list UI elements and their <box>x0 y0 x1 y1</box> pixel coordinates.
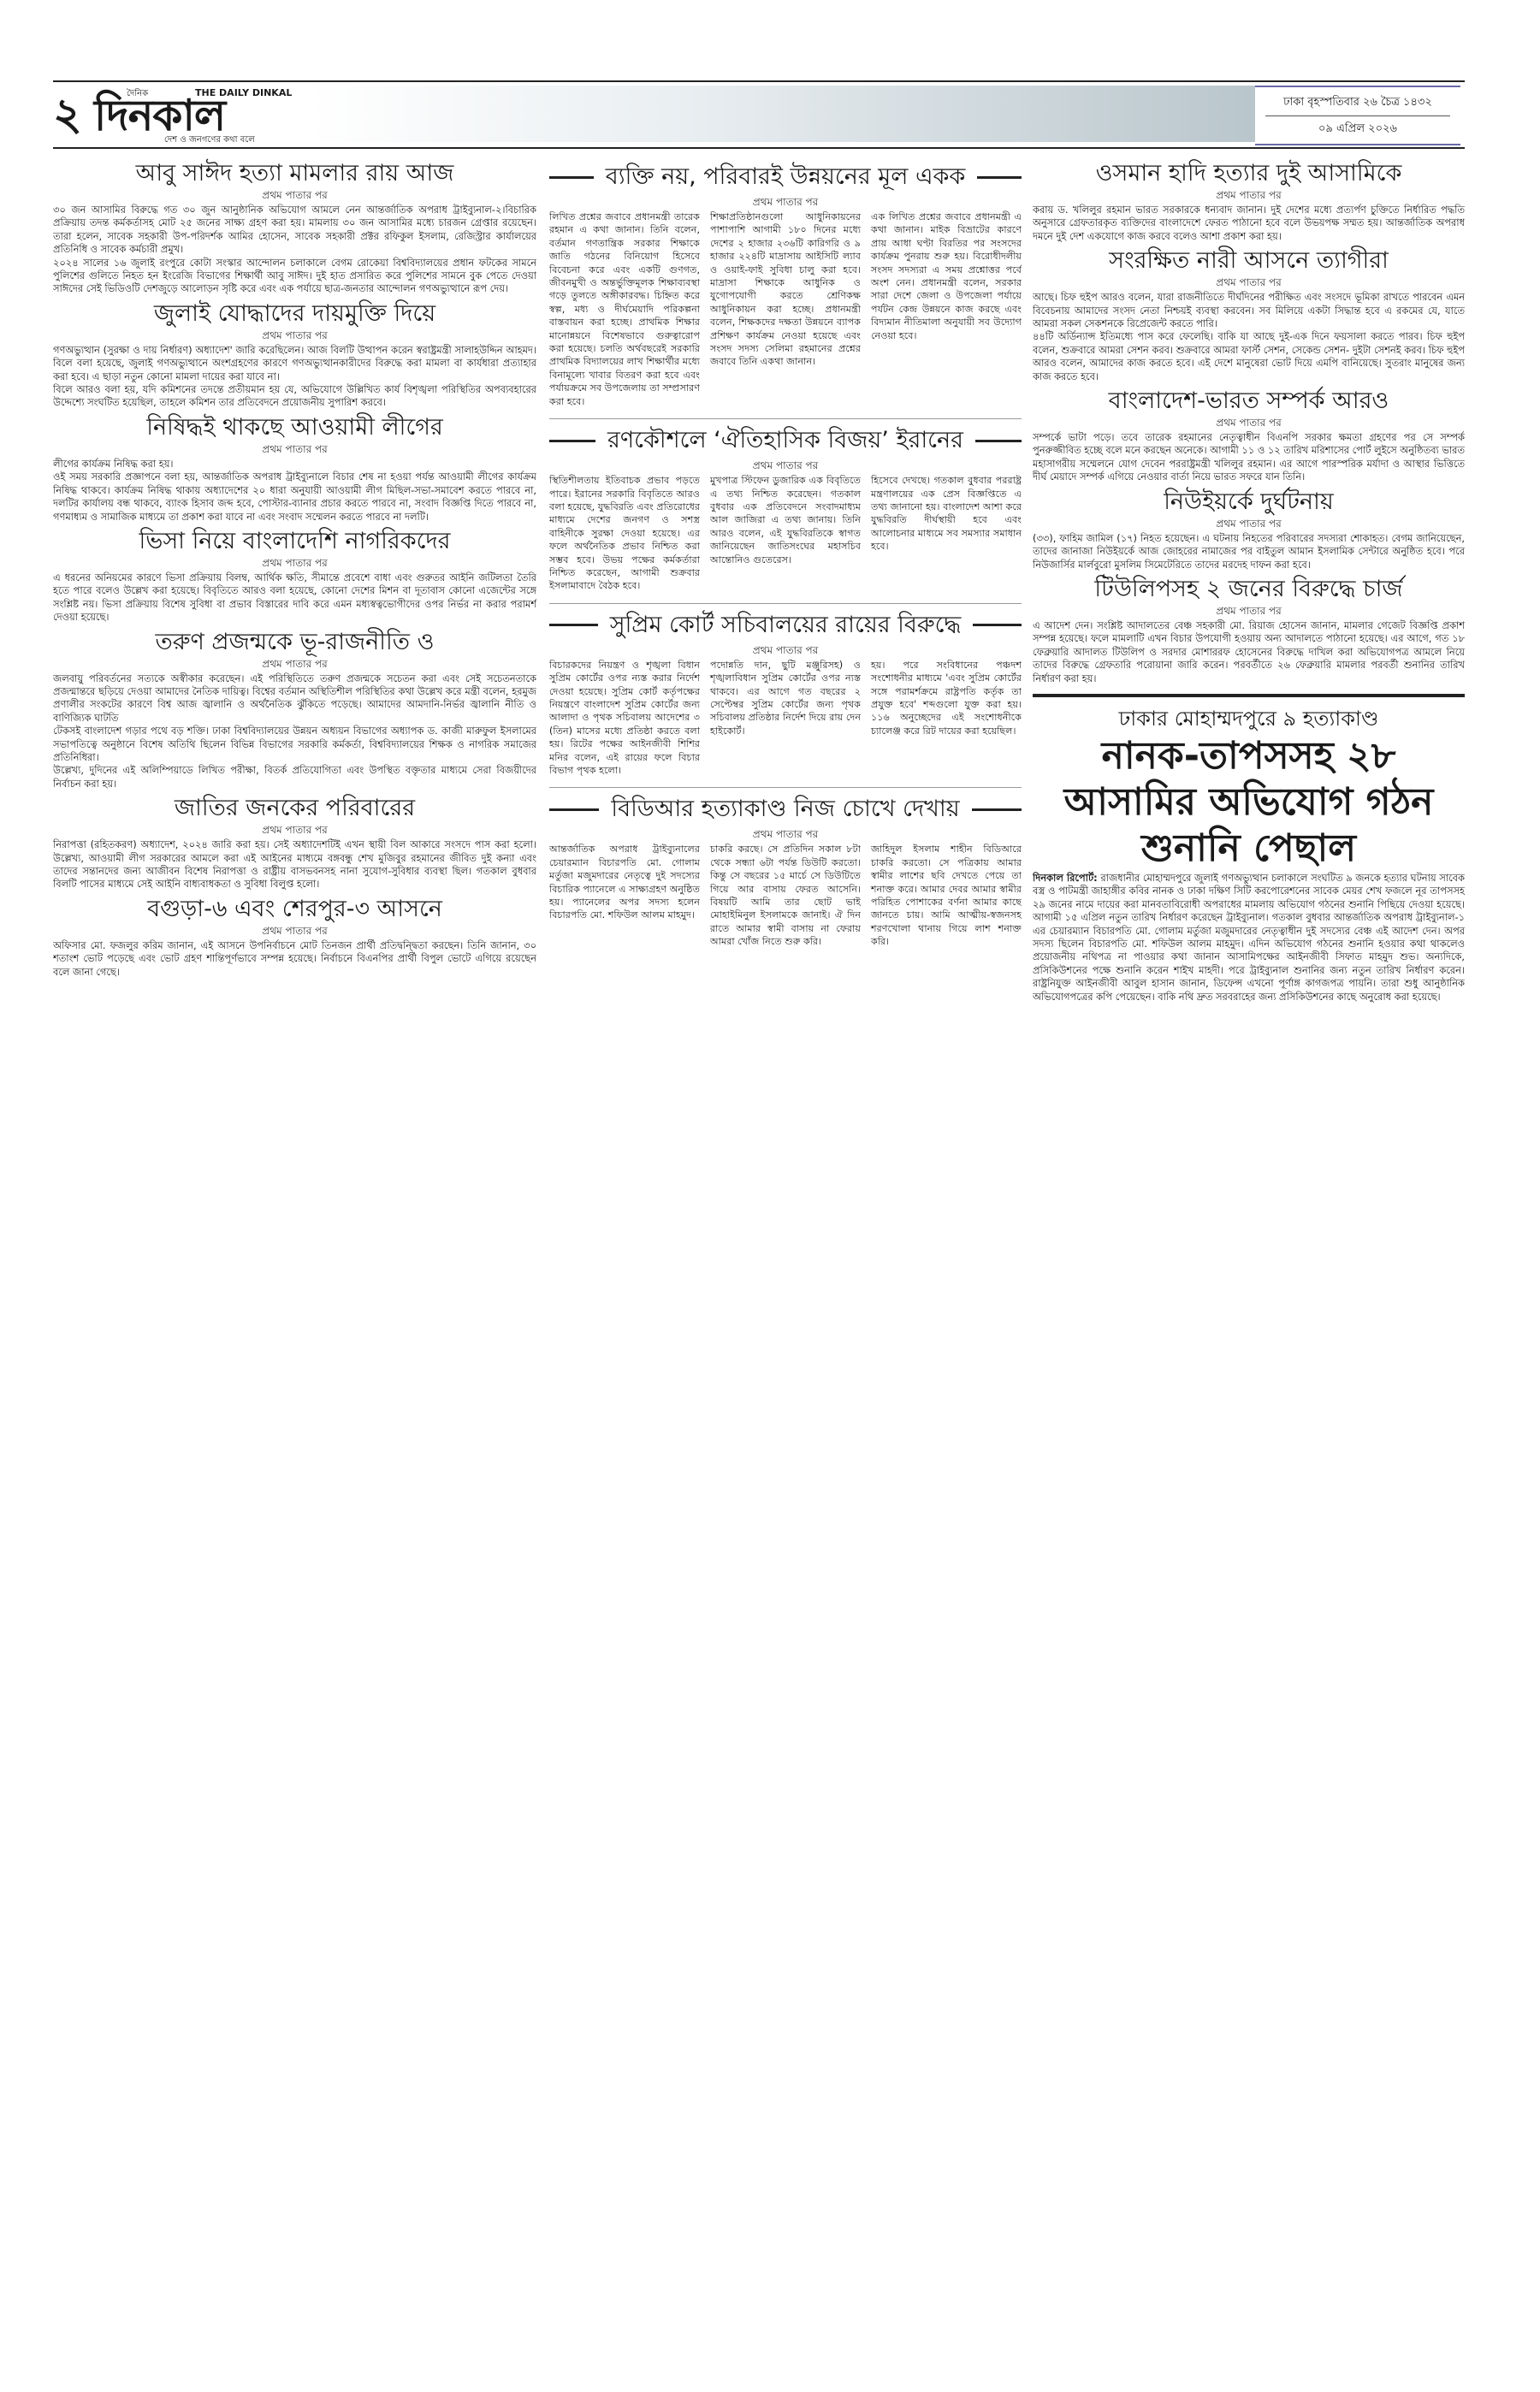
date-gregorian: ০৯ এপ্রিল ২০২৬ <box>1255 116 1460 139</box>
masthead-gradient <box>310 86 1255 142</box>
article-body: সম্পর্কে ভাটা পড়ে। তবে তারেক রহমানের নে… <box>1033 431 1465 484</box>
headline: তরুণ প্রজন্মকে ভূ-রাজনীতি ও <box>53 628 536 657</box>
article-columns: স্থিতিশীলতায় ইতিবাচক প্রভাব পড়তে পারে।… <box>549 474 1022 596</box>
continued-label: প্রথম পাতার পর <box>53 556 536 570</box>
article: সুপ্রিম কোর্ট সচিবালয়ের রায়ের বিরুদ্ধে… <box>549 611 1022 781</box>
article: রণকৌশলে ‘ঐতিহাসিক বিজয়’ ইরানের প্রথম পা… <box>549 426 1022 596</box>
article: বাংলাদেশ-ভারত সম্পর্ক আরও প্রথম পাতার পর… <box>1033 387 1465 484</box>
article: সংরক্ষিত নারী আসনে ত্যাগীরা প্রথম পাতার … <box>1033 246 1465 383</box>
divider <box>977 176 1022 179</box>
article-body: এক লিখিত প্রশ্নের জবাবে প্রধানমন্ত্রী এ … <box>871 210 1022 408</box>
article: তরুণ প্রজন্মকে ভূ-রাজনীতি ও প্রথম পাতার … <box>53 628 536 791</box>
article-body: লীগের কার্যক্রম নিষিদ্ধ করা হয়। ওই সময়… <box>53 458 536 524</box>
left-column: আবু সাঈদ হত্যা মামলার রায় আজ প্রথম পাতা… <box>53 157 536 2375</box>
divider <box>973 624 1022 626</box>
article-columns: বিচারকদের নিয়ন্ত্রণ ও শৃঙ্খলা বিধান সুপ… <box>549 659 1022 781</box>
article: আবু সাঈদ হত্যা মামলার রায় আজ প্রথম পাতা… <box>53 159 536 296</box>
article: ব্যক্তি নয়, পরিবারই উন্নয়নের মূল একক প… <box>549 163 1022 411</box>
headline: টিউলিপসহ ২ জনের বিরুদ্ধে চার্জ <box>1033 575 1465 604</box>
headline: জাতির জনকের পরিবারের <box>53 794 536 823</box>
article-body: এ আদেশ দেন। সংশ্লিষ্ট আদালতের বেঞ্চ সহকা… <box>1033 619 1465 685</box>
headline: আবু সাঈদ হত্যা মামলার রায় আজ <box>53 159 536 188</box>
headline-row: রণকৌশলে ‘ঐতিহাসিক বিজয়’ ইরানের <box>549 426 1022 455</box>
divider <box>1033 694 1465 697</box>
headline: বাংলাদেশ-ভারত সম্পর্ক আরও <box>1033 387 1465 416</box>
article: নিউইয়র্কে দুর্ঘটনায় প্রথম পাতার পর (৩৩… <box>1033 488 1465 571</box>
continued-label: প্রথম পাতার পর <box>1033 517 1465 530</box>
article-body: করায় ড. খলিলুর রহমান ভারত সরকারকে ধন্যব… <box>1033 204 1465 243</box>
headline: নানক-তাপসসহ ২৮ আসামির অভিযোগ গঠন শুনানি … <box>1033 733 1465 872</box>
article: জাতির জনকের পরিবারের প্রথম পাতার পর নিরা… <box>53 794 536 891</box>
continued-label: প্রথম পাতার পর <box>53 442 536 456</box>
headline: নিষিদ্ধই থাকছে আওয়ামী লীগের <box>53 413 536 442</box>
continued-label: প্রথম পাতার পর <box>1033 604 1465 618</box>
newspaper-page: ২ দৈনিক THE DAILY DINKAL দিনকাল দেশ ও জন… <box>53 0 1465 2392</box>
headline: বিডিআর হত্যাকাণ্ড নিজ চোখে দেখায় <box>611 795 959 824</box>
article-body: শিক্ষাপ্রতিষ্ঠানগুলো আধুনিকায়নের পাশাপা… <box>710 210 861 408</box>
article-body: গণঅভ্যুত্থান (সুরক্ষা ও দায় নির্ধারণ) অ… <box>53 344 536 410</box>
continued-label: প্রথম পাতার পর <box>549 643 1022 657</box>
article-body: জাহিদুল ইসলাম শাহীন বিডিআরে চাকরি করতো। … <box>871 843 1022 948</box>
continued-label: প্রথম পাতার পর <box>53 823 536 837</box>
divider <box>549 808 599 811</box>
headline: জুলাই যোদ্ধাদের দায়মুক্তি দিয়ে <box>53 299 536 329</box>
article-body: দিনকাল রিপোর্ট: রাজধানীর মোহাম্মদপুরে জু… <box>1033 872 1465 1004</box>
divider <box>549 418 1022 419</box>
headline: নিউইয়র্কে দুর্ঘটনায় <box>1033 488 1465 517</box>
middle-column: ব্যক্তি নয়, পরিবারই উন্নয়নের মূল একক প… <box>549 157 1022 2375</box>
dateline: ঢাকা বৃহস্পতিবার ২৬ চৈত্র ১৪৩২ ০৯ এপ্রিল… <box>1255 86 1460 145</box>
article: জুলাই যোদ্ধাদের দায়মুক্তি দিয়ে প্রথম প… <box>53 299 536 410</box>
continued-label: প্রথম পাতার পর <box>53 188 536 202</box>
logo-main: দিনকাল <box>94 94 225 137</box>
article-body: হয়। পরে সংবিধানের পঞ্চদশ সংশোধনীর মাধ্য… <box>871 659 1022 778</box>
lead-article: ঢাকার মোহাম্মদপুরে ৯ হত্যাকাণ্ড নানক-তাপ… <box>1033 706 1465 1004</box>
divider <box>972 808 1022 811</box>
article-body: আছে। চিফ হুইপ আরও বলেন, যারা রাজনীতিতে দ… <box>1033 291 1465 383</box>
article-body: পদোন্নতি দান, ছুটি মঞ্জুরিসহ) ও শৃঙ্খলাব… <box>710 659 861 778</box>
article: নিষিদ্ধই থাকছে আওয়ামী লীগের প্রথম পাতার… <box>53 413 536 524</box>
article: বগুড়া-৬ এবং শেরপুর-৩ আসনে প্রথম পাতার প… <box>53 895 536 979</box>
article-body: এ ধরনের অনিয়মের কারণে ভিসা প্রক্রিয়ায়… <box>53 571 536 625</box>
continued-label: প্রথম পাতার পর <box>53 924 536 938</box>
article: টিউলিপসহ ২ জনের বিরুদ্ধে চার্জ প্রথম পাত… <box>1033 575 1465 685</box>
headline: ব্যক্তি নয়, পরিবারই উন্নয়নের মূল একক <box>606 163 966 192</box>
article-body: অফিসার মো. ফজলুর করিম জানান, এই আসনে উপন… <box>53 939 536 979</box>
continued-label: প্রথম পাতার পর <box>53 657 536 671</box>
byline: দিনকাল রিপোর্ট: <box>1033 872 1098 884</box>
article-body: আন্তর্জাতিক অপরাধ ট্রাইব্যুনালের চেয়ারম… <box>549 843 700 948</box>
headline: রণকৌশলে ‘ঐতিহাসিক বিজয়’ ইরানের <box>607 426 963 455</box>
continued-label: প্রথম পাতার পর <box>53 329 536 342</box>
headline: ওসমান হাদি হত্যার দুই আসামিকে <box>1033 159 1465 188</box>
article-body: বিচারকদের নিয়ন্ত্রণ ও শৃঙ্খলা বিধান সুপ… <box>549 659 700 778</box>
article: ভিসা নিয়ে বাংলাদেশি নাগরিকদের প্রথম পাত… <box>53 527 536 625</box>
date-bangla: ঢাকা বৃহস্পতিবার ২৬ চৈত্র ১৪৩২ <box>1265 87 1450 116</box>
article-body: ৩০ জন আসামির বিরুদ্ধে গত ৩০ জুন আনুষ্ঠান… <box>53 204 536 296</box>
divider <box>549 603 1022 604</box>
article-body: (৩৩), ফাহিম জামিল (১৭) নিহত হয়েছেন। এ ঘ… <box>1033 532 1465 571</box>
headline-row: বিডিআর হত্যাকাণ্ড নিজ চোখে দেখায় <box>549 795 1022 824</box>
continued-label: প্রথম পাতার পর <box>549 827 1022 841</box>
masthead: ২ দৈনিক THE DAILY DINKAL দিনকাল দেশ ও জন… <box>53 80 1465 149</box>
article-columns: লিখিত প্রশ্নের জবাবে প্রধানমন্ত্রী তারেক… <box>549 210 1022 411</box>
logo: দৈনিক THE DAILY DINKAL দিনকাল দেশ ও জনগণ… <box>94 82 299 145</box>
continued-label: প্রথম পাতার পর <box>1033 416 1465 429</box>
headline: বগুড়া-৬ এবং শেরপুর-৩ আসনে <box>53 895 536 924</box>
article-kicker: ঢাকার মোহাম্মদপুরে ৯ হত্যাকাণ্ড <box>1033 706 1465 731</box>
continued-label: প্রথম পাতার পর <box>549 195 1022 209</box>
headline-row: সুপ্রিম কোর্ট সচিবালয়ের রায়ের বিরুদ্ধে <box>549 611 1022 640</box>
article: ওসমান হাদি হত্যার দুই আসামিকে প্রথম পাতা… <box>1033 159 1465 243</box>
continued-label: প্রথম পাতার পর <box>1033 188 1465 202</box>
article-body: মুখপাত্র স্টিফেন ডুজারিক এক বিবৃতিতে এ ত… <box>710 474 861 593</box>
article-body: স্থিতিশীলতায় ইতিবাচক প্রভাব পড়তে পারে।… <box>549 474 700 593</box>
right-column: ওসমান হাদি হত্যার দুই আসামিকে প্রথম পাতা… <box>1033 157 1465 2375</box>
headline-row: ব্যক্তি নয়, পরিবারই উন্নয়নের মূল একক <box>549 163 1022 192</box>
tagline: দেশ ও জনগণের কথা বলে <box>164 133 255 148</box>
divider <box>549 624 598 626</box>
divider <box>549 787 1022 788</box>
divider <box>549 176 594 179</box>
divider <box>975 440 1022 442</box>
headline: সংরক্ষিত নারী আসনে ত্যাগীরা <box>1033 246 1465 275</box>
divider <box>549 440 595 442</box>
headline: ভিসা নিয়ে বাংলাদেশি নাগরিকদের <box>53 527 536 556</box>
article-body: জলবায়ু পরিবর্তনের সত্যকে অস্বীকার করেছে… <box>53 672 536 791</box>
continued-label: প্রথম পাতার পর <box>549 459 1022 472</box>
article-body: চাকরি করছে। সে প্রতিদিন সকাল ৮টা থেকে সন… <box>710 843 861 948</box>
article-body: হিসেবে দেখছে। গতকাল বুধবার পররাষ্ট্র মন্… <box>871 474 1022 593</box>
article-body: নিরাপত্তা (রহিতকরণ) অধ্যাদেশ, ২০২৪ জারি … <box>53 838 536 891</box>
headline: সুপ্রিম কোর্ট সচিবালয়ের রায়ের বিরুদ্ধে <box>610 611 962 640</box>
article-columns: আন্তর্জাতিক অপরাধ ট্রাইব্যুনালের চেয়ারম… <box>549 843 1022 951</box>
page-number: ২ <box>53 91 82 139</box>
article: বিডিআর হত্যাকাণ্ড নিজ চোখে দেখায় প্রথম … <box>549 795 1022 951</box>
article-body: লিখিত প্রশ্নের জবাবে প্রধানমন্ত্রী তারেক… <box>549 210 700 408</box>
continued-label: প্রথম পাতার পর <box>1033 275 1465 289</box>
